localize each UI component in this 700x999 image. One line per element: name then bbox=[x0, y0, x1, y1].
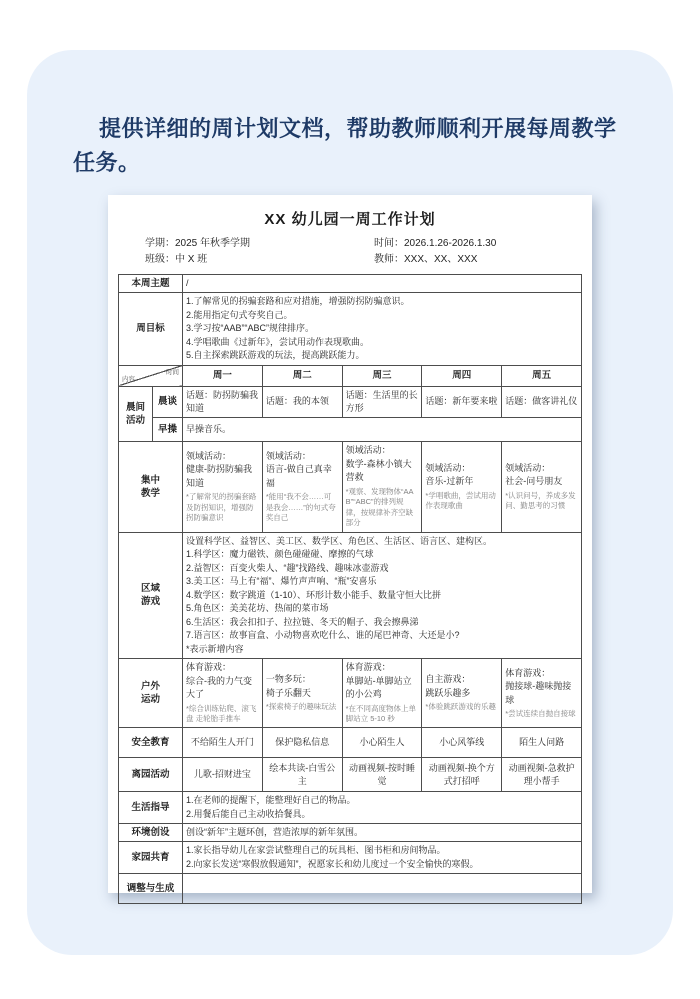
safety-tuesday: 保护隐私信息 bbox=[262, 728, 342, 758]
morning-talk-thursday: 话题：新年要来啦 bbox=[422, 386, 502, 417]
meta-row-1: 学期：2025 年秋季学期 时间：2026.1.26-2026.1.30 bbox=[108, 236, 592, 252]
row-label-area-games: 区域 游戏 bbox=[119, 532, 183, 659]
table-row: 集中 教学 领域活动： 健康-防拐防骗我知道 *了解常见的拐骗套路及防拐知识，增… bbox=[119, 441, 582, 532]
leave-monday: 儿歌-招财进宝 bbox=[183, 758, 263, 792]
row-label-outdoor-sports: 户外 运动 bbox=[119, 659, 183, 728]
activity-head: 一物多玩： bbox=[266, 673, 339, 687]
document-title: XX 幼儿园一周工作计划 bbox=[108, 195, 592, 229]
area-line: 2.益智区：百变火柴人、“趣”找路线、趣味冰壶游戏 bbox=[186, 562, 578, 576]
day-header-wednesday: 周三 bbox=[342, 365, 422, 386]
table-row: 调整与生成 bbox=[119, 874, 582, 904]
intro-text: 提供详细的周计划文档，帮助教师顺利开展每周教学任务。 bbox=[27, 50, 673, 180]
row-label-leaving-activity: 离园活动 bbox=[119, 758, 183, 792]
activity-note: *观察、发现物体“AAB”“ABC”的排列规律，按规律补齐空缺部分 bbox=[346, 487, 419, 529]
goal-line: 5.自主探索跳跃游戏的玩法，提高跳跃能力。 bbox=[186, 349, 578, 363]
row-label-morning-activity: 晨间 活动 bbox=[119, 386, 153, 441]
row-label-weekly-goals: 周目标 bbox=[119, 293, 183, 366]
teaching-monday: 领域活动： 健康-防拐防骗我知道 *了解常见的拐骗套路及防拐知识，增强防拐防骗意… bbox=[183, 441, 263, 532]
table-row: 区域 游戏 设置科学区、益智区、美工区、数学区、角色区、生活区、语言区、建构区。… bbox=[119, 532, 582, 659]
row-label-group-teaching: 集中 教学 bbox=[119, 441, 183, 532]
table-row: 晨间 活动 晨谈 话题：防拐防骗我知道 话题：我的本领 话题：生活里的长方形 话… bbox=[119, 386, 582, 417]
activity-note: *学唱歌曲，尝试用动作表现歌曲 bbox=[425, 491, 498, 512]
activity-title: 语言-做自己真幸福 bbox=[266, 463, 339, 490]
area-line: 设置科学区、益智区、美工区、数学区、角色区、生活区、语言区、建构区。 bbox=[186, 535, 578, 549]
activity-note: *认识问号，养成多发问、勤思考的习惯 bbox=[505, 491, 578, 512]
outdoor-tuesday: 一物多玩： 椅子乐翻天 *探索椅子的趣味玩法 bbox=[262, 659, 342, 728]
activity-title: 抛接球-趣味抛接球 bbox=[505, 680, 578, 707]
activity-note: *尝试连续自抛自接球 bbox=[505, 709, 578, 720]
home-line: 1.家长指导幼儿在家尝试整理自己的玩具柜、图书柜和房间物品。 bbox=[186, 844, 578, 858]
table-row: 早操 早操音乐。 bbox=[119, 417, 582, 441]
activity-title: 单脚站-单脚站立的小公鸡 bbox=[346, 675, 419, 702]
row-label-environment-creation: 环境创设 bbox=[119, 824, 183, 842]
morning-talk-friday: 话题：做客讲礼仪 bbox=[502, 386, 582, 417]
teaching-friday: 领域活动： 社会-问号朋友 *认识问号，养成多发问、勤思考的习惯 bbox=[502, 441, 582, 532]
life-line: 2.用餐后能自己主动收拾餐具。 bbox=[186, 808, 578, 822]
weekly-goals-cell: 1.了解常见的拐骗套路和应对措施，增强防拐防骗意识。 2.能用指定句式夸奖自己。… bbox=[183, 293, 582, 366]
environment-creation-value: 创设“新年”主题环创，营造浓厚的新年氛围。 bbox=[183, 824, 582, 842]
activity-note: *综合训练钻爬、滚飞盘 走轮胎手推车 bbox=[186, 704, 259, 725]
table-row: 户外 运动 体育游戏： 综合-我的力气变大了 *综合训练钻爬、滚飞盘 走轮胎手推… bbox=[119, 659, 582, 728]
activity-head: 领域活动： bbox=[266, 450, 339, 464]
document-meta: 学期：2025 年秋季学期 时间：2026.1.26-2026.1.30 班级：… bbox=[108, 236, 592, 268]
outdoor-thursday: 自主游戏： 跳跃乐趣多 *体验跳跃游戏的乐趣 bbox=[422, 659, 502, 728]
activity-head: 领域活动： bbox=[346, 444, 419, 458]
home-line: 2.向家长发送“寒假放假通知”，祝愿家长和幼儿度过一个安全愉快的寒假。 bbox=[186, 858, 578, 872]
life-guidance-cell: 1.在老师的提醒下，能整理好自己的物品。 2.用餐后能自己主动收拾餐具。 bbox=[183, 792, 582, 824]
meta-row-2: 班级：中 X 班 教师：XXX、XX、XXX bbox=[108, 252, 592, 268]
activity-head: 领域活动： bbox=[186, 450, 259, 464]
row-label-adjustment: 调整与生成 bbox=[119, 874, 183, 904]
morning-exercise-value: 早操音乐。 bbox=[183, 417, 582, 441]
home-coeducation-cell: 1.家长指导幼儿在家尝试整理自己的玩具柜、图书柜和房间物品。 2.向家长发送“寒… bbox=[183, 842, 582, 874]
meta-time: 时间：2026.1.26-2026.1.30 bbox=[374, 236, 592, 252]
goal-line: 3.学习按“AAB”“ABC”规律排序。 bbox=[186, 322, 578, 336]
leave-wednesday: 动画视频-按时睡觉 bbox=[342, 758, 422, 792]
goal-line: 1.了解常见的拐骗套路和应对措施，增强防拐防骗意识。 bbox=[186, 295, 578, 309]
activity-head: 体育游戏： bbox=[505, 667, 578, 681]
outdoor-friday: 体育游戏： 抛接球-趣味抛接球 *尝试连续自抛自接球 bbox=[502, 659, 582, 728]
activity-title: 音乐-过新年 bbox=[425, 475, 498, 489]
row-label-safety-education: 安全教育 bbox=[119, 728, 183, 758]
activity-head: 领域活动： bbox=[505, 462, 578, 476]
activity-note: *探索椅子的趣味玩法 bbox=[266, 702, 339, 713]
row-label-life-guidance: 生活指导 bbox=[119, 792, 183, 824]
safety-monday: 不给陌生人开门 bbox=[183, 728, 263, 758]
row-label-home-coeducation: 家园共育 bbox=[119, 842, 183, 874]
activity-note: *体验跳跃游戏的乐趣 bbox=[425, 702, 498, 713]
weekly-theme-value: / bbox=[183, 275, 582, 293]
activity-head: 体育游戏： bbox=[346, 661, 419, 675]
activity-note: *了解常见的拐骗套路及防拐知识，增强防拐防骗意识 bbox=[186, 492, 259, 524]
activity-note: *能用“我不会……可是我会……”的句式夸奖自己 bbox=[266, 492, 339, 524]
activity-title: 社会-问号朋友 bbox=[505, 475, 578, 489]
meta-class: 班级：中 X 班 bbox=[108, 252, 374, 268]
leave-tuesday: 绘本共读-白雪公主 bbox=[262, 758, 342, 792]
goal-line: 2.能用指定句式夸奖自己。 bbox=[186, 309, 578, 323]
area-line: 1.科学区：魔力磁铁、颜色碰碰碰、摩擦的气球 bbox=[186, 548, 578, 562]
day-header-friday: 周五 bbox=[502, 365, 582, 386]
row-label-morning-talk: 晨谈 bbox=[153, 386, 183, 417]
table-row: 生活指导 1.在老师的提醒下，能整理好自己的物品。 2.用餐后能自己主动收拾餐具… bbox=[119, 792, 582, 824]
teaching-wednesday: 领域活动： 数学-森林小镇大营救 *观察、发现物体“AAB”“ABC”的排列规律… bbox=[342, 441, 422, 532]
row-label-weekly-theme: 本周主题 bbox=[119, 275, 183, 293]
area-line: 5.角色区：美美花坊、热闹的菜市场 bbox=[186, 602, 578, 616]
plan-document: XX 幼儿园一周工作计划 学期：2025 年秋季学期 时间：2026.1.26-… bbox=[108, 195, 592, 893]
outdoor-monday: 体育游戏： 综合-我的力气变大了 *综合训练钻爬、滚飞盘 走轮胎手推车 bbox=[183, 659, 263, 728]
weekly-plan-table: 本周主题 / 周目标 1.了解常见的拐骗套路和应对措施，增强防拐防骗意识。 2.… bbox=[118, 274, 582, 904]
activity-title: 健康-防拐防骗我知道 bbox=[186, 463, 259, 490]
leave-friday: 动画视频-急救护理小帮手 bbox=[502, 758, 582, 792]
activity-title: 跳跃乐趣多 bbox=[425, 687, 498, 701]
area-line: 7.语言区：故事盲盒、小动物喜欢吃什么、谁的尾巴神奇、大还是小? bbox=[186, 629, 578, 643]
leave-thursday: 动画视频-换个方式打招呼 bbox=[422, 758, 502, 792]
teaching-thursday: 领域活动： 音乐-过新年 *学唱歌曲，尝试用动作表现歌曲 bbox=[422, 441, 502, 532]
area-line: 3.美工区：马上有“福”、爆竹声声响、“瓶”安喜乐 bbox=[186, 575, 578, 589]
morning-talk-tuesday: 话题：我的本领 bbox=[262, 386, 342, 417]
corner-time-label: 时间 bbox=[166, 366, 179, 379]
safety-friday: 陌生人问路 bbox=[502, 728, 582, 758]
morning-talk-wednesday: 话题：生活里的长方形 bbox=[342, 386, 422, 417]
table-row: 家园共育 1.家长指导幼儿在家尝试整理自己的玩具柜、图书柜和房间物品。 2.向家… bbox=[119, 842, 582, 874]
adjustment-value bbox=[183, 874, 582, 904]
activity-title: 椅子乐翻天 bbox=[266, 687, 339, 701]
row-label-morning-exercise: 早操 bbox=[153, 417, 183, 441]
table-row: 时间 内容 周一 周二 周三 周四 周五 bbox=[119, 365, 582, 386]
day-header-tuesday: 周二 bbox=[262, 365, 342, 386]
day-header-thursday: 周四 bbox=[422, 365, 502, 386]
corner-header-cell: 时间 内容 bbox=[119, 365, 183, 386]
corner-content-label: 内容 bbox=[122, 373, 135, 386]
activity-head: 领域活动： bbox=[425, 462, 498, 476]
meta-semester: 学期：2025 年秋季学期 bbox=[108, 236, 374, 252]
area-games-cell: 设置科学区、益智区、美工区、数学区、角色区、生活区、语言区、建构区。 1.科学区… bbox=[183, 532, 582, 659]
table-row: 环境创设 创设“新年”主题环创，营造浓厚的新年氛围。 bbox=[119, 824, 582, 842]
outdoor-wednesday: 体育游戏： 单脚站-单脚站立的小公鸡 *在不同高度物体上单脚站立 5-10 秒 bbox=[342, 659, 422, 728]
table-row: 安全教育 不给陌生人开门 保护隐私信息 小心陌生人 小心风筝线 陌生人问路 bbox=[119, 728, 582, 758]
safety-wednesday: 小心陌生人 bbox=[342, 728, 422, 758]
activity-note: *在不同高度物体上单脚站立 5-10 秒 bbox=[346, 704, 419, 725]
activity-head: 体育游戏： bbox=[186, 661, 259, 675]
goal-line: 4.学唱歌曲《过新年》，尝试用动作表现歌曲。 bbox=[186, 336, 578, 350]
day-header-monday: 周一 bbox=[183, 365, 263, 386]
table-row: 本周主题 / bbox=[119, 275, 582, 293]
meta-teacher: 教师：XXX、XX、XXX bbox=[374, 252, 592, 268]
area-footnote: *表示新增内容 bbox=[186, 643, 578, 657]
table-row: 周目标 1.了解常见的拐骗套路和应对措施，增强防拐防骗意识。 2.能用指定句式夸… bbox=[119, 293, 582, 366]
area-line: 6.生活区：我会扣扣子、拉拉链、冬天的帽子、我会擦鼻涕 bbox=[186, 616, 578, 630]
area-line: 4.数学区：数字跳道（1-10）、环形计数小能手、数量守恒大比拼 bbox=[186, 589, 578, 603]
activity-head: 自主游戏： bbox=[425, 673, 498, 687]
life-line: 1.在老师的提醒下，能整理好自己的物品。 bbox=[186, 794, 578, 808]
safety-thursday: 小心风筝线 bbox=[422, 728, 502, 758]
activity-title: 数学-森林小镇大营救 bbox=[346, 458, 419, 485]
teaching-tuesday: 领域活动： 语言-做自己真幸福 *能用“我不会……可是我会……”的句式夸奖自己 bbox=[262, 441, 342, 532]
morning-talk-monday: 话题：防拐防骗我知道 bbox=[183, 386, 263, 417]
activity-title: 综合-我的力气变大了 bbox=[186, 675, 259, 702]
table-row: 离园活动 儿歌-招财进宝 绘本共读-白雪公主 动画视频-按时睡觉 动画视频-换个… bbox=[119, 758, 582, 792]
